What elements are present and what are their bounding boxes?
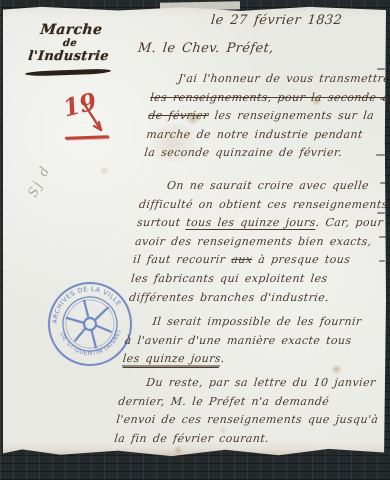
date-line: le 27 février 1832 — [210, 13, 343, 28]
text-segment: les renseignements sur la — [208, 109, 375, 122]
salutation: M. le Chev. Préfet, — [137, 41, 274, 56]
body-paragraph-3: Il serait impossible de les fournir à l'… — [121, 315, 385, 371]
text-line: Du reste, par sa lettre du 10 janvier — [119, 376, 379, 395]
text-line: difficulté on obtient ces renseignements… — [138, 198, 390, 217]
text-segment: à presque tous — [252, 253, 351, 266]
struck-text: les renseignements, pour la seconde quin… — [150, 91, 390, 104]
text-segment: surtout — [136, 216, 187, 229]
foxing-spot — [173, 446, 183, 454]
foxing-spot — [185, 112, 201, 125]
text-line: les fabricants qui exploitent les — [130, 272, 390, 291]
margin-title-line: de — [26, 38, 113, 49]
pencil-initials: Sj d — [26, 163, 54, 200]
text-line: dernier, M. le Préfet n'a demandé — [117, 395, 377, 414]
letter-paper: le 27 février 1832 M. le Chev. Préfet, M… — [3, 6, 386, 457]
edge-ink-mark — [377, 212, 385, 214]
underlined-text: tous les quinze jours — [185, 216, 316, 230]
edge-ink-mark — [380, 98, 386, 100]
edge-ink-mark — [377, 68, 385, 70]
foxing-spot — [100, 166, 109, 175]
text-line: les renseignements, pour la seconde quin… — [149, 91, 390, 110]
text-segment: il faut recourir — [132, 253, 232, 266]
text-line: surtout tous les quinze jours. Car, pour — [136, 216, 390, 235]
text-segment: . — [220, 352, 225, 365]
text-line: différentes branches d'industrie. — [128, 291, 388, 310]
body-paragraph-2: On ne saurait croire avec quelle difficu… — [128, 179, 390, 309]
text-line: l'envoi de ces renseignements que jusqu'… — [115, 413, 375, 432]
text-line: J'ai l'honneur de vous transmettre — [151, 72, 390, 91]
scanned-document-page: le 27 février 1832 M. le Chev. Préfet, M… — [0, 0, 390, 480]
struck-text: aux — [231, 253, 253, 266]
text-line: Il serait impossible de les fournir — [125, 315, 385, 334]
margin-title-line: l'Industrie — [25, 49, 113, 64]
foxing-spot — [219, 426, 227, 434]
text-line: à l'avenir d'une manière exacte tous — [123, 334, 383, 353]
foxing-spot — [311, 96, 322, 106]
underlined-text: les quinze jours — [122, 352, 222, 367]
text-line: la fin de février courant. — [113, 432, 373, 451]
margin-title-line: Marche — [28, 22, 116, 38]
text-line: avoir des renseignements bien exacts, — [134, 235, 390, 254]
text-line: il faut recourir aux à presque tous — [132, 253, 390, 272]
margin-title: Marche de l'Industrie — [25, 22, 115, 64]
red-folio-annotation: 19 — [61, 90, 121, 146]
stain — [143, 124, 203, 162]
edge-ink-mark — [379, 236, 386, 238]
text-line: les quinze jours. — [121, 352, 381, 371]
edge-ink-mark — [379, 260, 385, 262]
text-line: On ne saurait croire avec quelle — [140, 179, 390, 198]
edge-ink-mark — [376, 154, 385, 156]
foxing-spot — [331, 364, 342, 375]
margin-title-underline — [25, 69, 111, 77]
text-segment: . Car, pour — [315, 216, 384, 229]
edge-ink-mark — [380, 182, 386, 184]
body-paragraph-4: Du reste, par sa lettre du 10 janvier de… — [113, 376, 379, 450]
